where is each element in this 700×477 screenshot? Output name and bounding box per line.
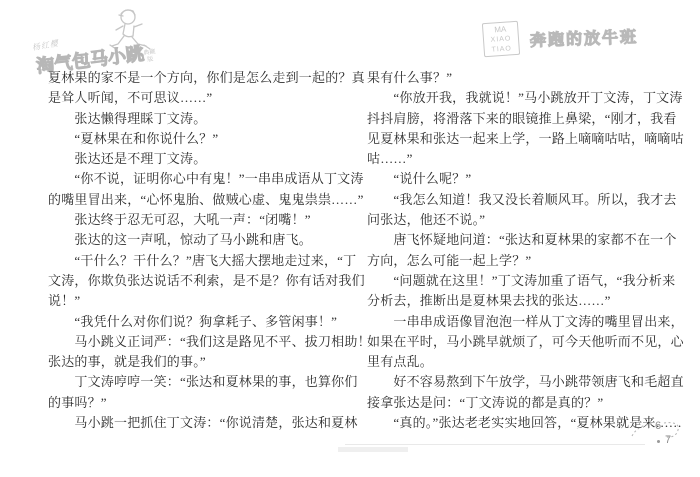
text-line: 方向，怎么可能一起上学？”	[367, 251, 661, 271]
text-line: “干什么？干什么？”唐飞大摇大摆地走过来，“丁	[48, 251, 342, 271]
text-line: 好不容易熬到下午放学，马小跳带领唐飞和毛超直	[367, 372, 661, 392]
page-number-dot-icon	[657, 440, 660, 443]
text-line: 咕……”	[367, 149, 661, 169]
text-line: “问题就在这里！”丁文涛加重了语气，“我分析来	[367, 271, 661, 291]
series-logo-header: 杨红樱 淘气包马小跳 典藏版	[30, 6, 220, 68]
page-numbers: 6 7	[628, 418, 688, 454]
text-line: 马小跳一把抓住丁文涛：“你说清楚，张达和夏林	[48, 413, 342, 433]
book-logo-header: MA XIAO TIAO 奔跑的放牛班	[480, 16, 680, 64]
text-line: “你放开我，我就说！”马小跳放开丁文涛，丁文涛	[367, 88, 661, 108]
ma-xiao-tiao-logo-icon: MA XIAO TIAO	[482, 21, 520, 57]
page-number-left: 6	[655, 420, 661, 432]
text-line: 文涛，你欺负张达说话不利索，是不是？你有话对我们	[48, 271, 342, 291]
text-line: “说什么呢？”	[367, 169, 661, 189]
text-line: 张达终于忍无可忍，大吼一声：“闭嘴！”	[48, 210, 342, 230]
book-spread: 杨红樱 淘气包马小跳 典藏版 MA XIAO TIAO 奔跑的放牛班 夏林果的家…	[0, 0, 700, 477]
text-line: 一串串成语像冒泡泡一样从丁文涛的嘴里冒出来，	[367, 312, 661, 332]
left-page-text: 夏林果的家不是一个方向，你们是怎么走到一起的？真 是耸人听闻，不可思议……” 张…	[48, 68, 342, 433]
text-line: 接拿张达是问：“丁文涛说的都是真的？”	[367, 393, 661, 413]
text-line: 如果在平时，马小跳早就烦了，可今天他听而不见，心	[367, 332, 661, 352]
text-line: 是耸人听闻，不可思议……”	[48, 88, 342, 108]
text-line: “你不说，证明你心中有鬼！”一串串成语从丁文涛	[48, 169, 342, 189]
edition-badge: 典藏版	[141, 49, 159, 65]
text-line: 说！”	[48, 291, 342, 311]
text-line: 丁文涛哼哼一笑：“张达和夏林果的事，也算你们	[48, 372, 342, 392]
text-line: 问张达，他还不说。”	[367, 210, 661, 230]
logo-line-tiao: TIAO	[484, 44, 519, 56]
text-line: 的事吗？”	[48, 393, 342, 413]
text-line: 分析去，推断出是夏林果去找的张达……”	[367, 291, 661, 311]
text-line: 抖抖肩膀，将滑落下来的眼镜推上鼻梁，“刚才，我看	[367, 109, 661, 129]
text-line: 张达的事，就是我们的事。”	[48, 352, 342, 372]
text-line: “真的。”张达老老实实地回答，“夏林果就是来……	[367, 413, 661, 433]
right-page-text: 果有什么事？” “你放开我，我就说！”马小跳放开丁文涛，丁文涛 抖抖肩膀，将滑落…	[367, 68, 661, 433]
text-line: 张达懒得理睬丁文涛。	[48, 109, 342, 129]
gutter-shadow	[338, 447, 408, 452]
text-line: 张达的这一声吼，惊动了马小跳和唐飞。	[48, 230, 342, 250]
text-line: “我怎么知道！我又没长着顺风耳。所以，我才去	[367, 190, 661, 210]
text-line: 的嘴里冒出来，“心怀鬼胎、做贼心虚、鬼鬼祟祟……”	[48, 190, 342, 210]
text-line: 里有点乱。	[367, 352, 661, 372]
text-line: 见夏林果和张达一起来上学，一路上嘀嘀咕咕，嘀嘀咕	[367, 129, 661, 149]
text-line: 果有什么事？”	[367, 68, 661, 88]
text-line: 马小跳义正词严：“我们这是路见不平、拔刀相助！	[48, 332, 342, 352]
text-line: “夏林果在和你说什么？”	[48, 129, 342, 149]
text-line: “我凭什么对你们说？狗拿耗子、多管闲事！”	[48, 312, 342, 332]
book-title-logo: 奔跑的放牛班	[530, 24, 639, 51]
text-line: 唐飞怀疑地问道：“张达和夏林果的家都不在一个	[367, 230, 661, 250]
text-line: 夏林果的家不是一个方向，你们是怎么走到一起的？真	[48, 68, 342, 88]
page-number-right: 7	[665, 434, 671, 446]
footer-rule	[345, 444, 645, 445]
text-line: 张达还是不理丁文涛。	[48, 149, 342, 169]
